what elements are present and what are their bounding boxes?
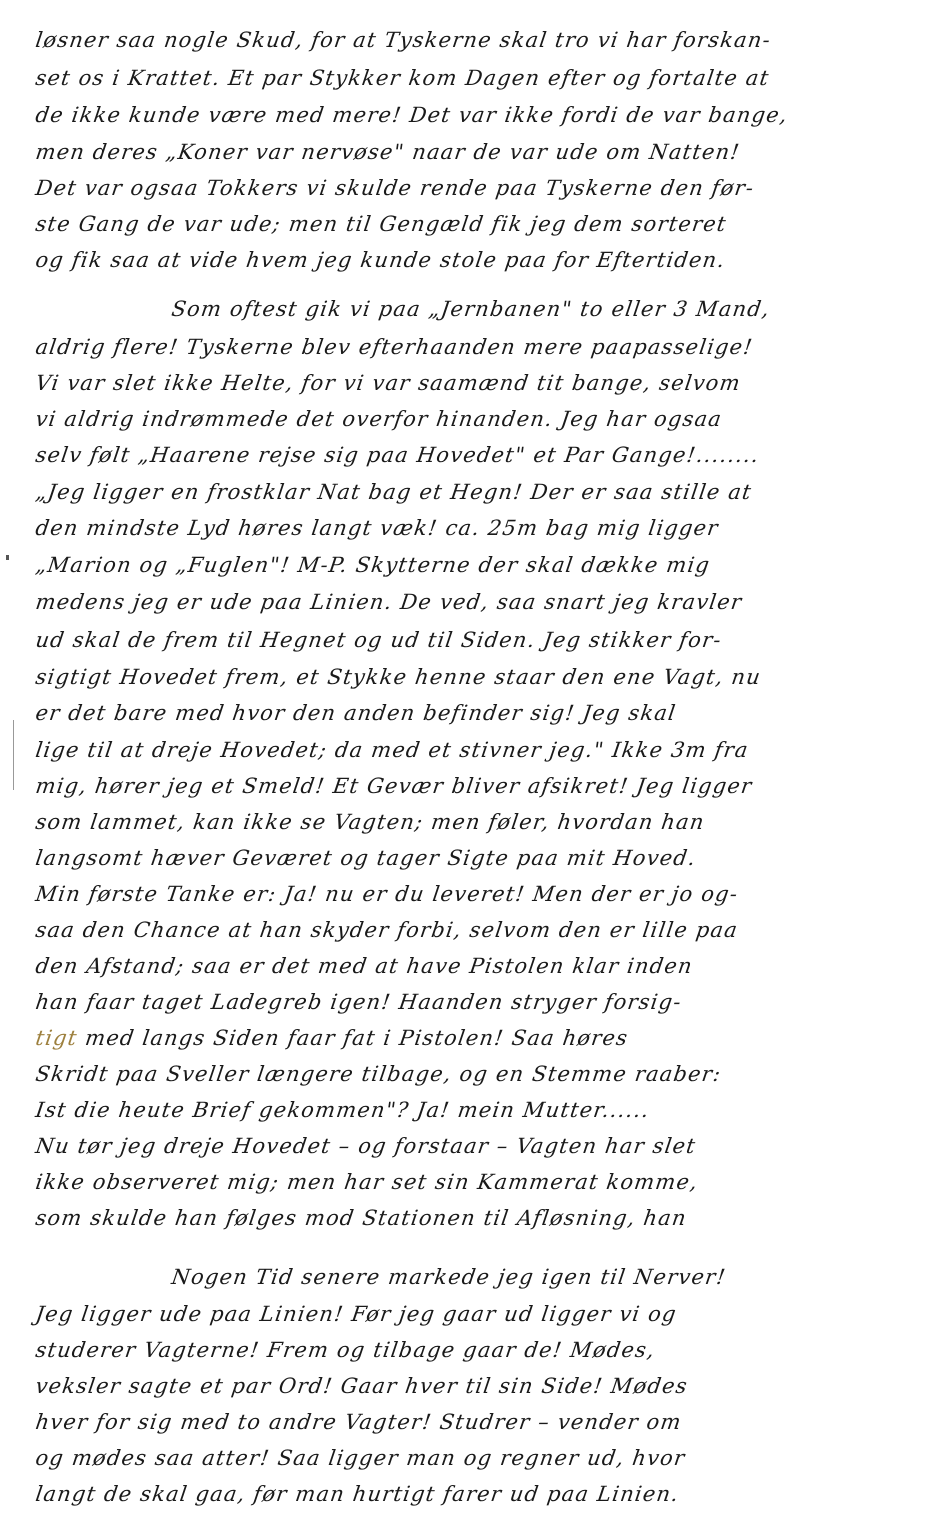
- text-line: „Jeg ligger en frostklar Nat bag et Hegn…: [34, 480, 754, 504]
- text-line: veksler sagte et par Ord! Gaar hver til …: [34, 1374, 690, 1398]
- text-line: som skulde han følges mod Stationen til …: [34, 1206, 689, 1230]
- text-line: studerer Vagterne! Frem og tilbage gaar …: [34, 1338, 657, 1362]
- text-line: er det bare med hvor den anden befinder …: [34, 701, 678, 725]
- text-line: Det var ogsaa Tokkers vi skulde rende pa…: [34, 176, 756, 200]
- faded-text: tigt: [34, 1026, 79, 1050]
- handwritten-page: løsner saa nogle Skud, for at Tyskerne s…: [0, 0, 946, 1523]
- text-line: Vi var slet ikke Helte, for vi var saamæ…: [34, 371, 743, 395]
- text-line: Ist die heute Brief gekommen"? Ja! mein …: [34, 1098, 651, 1122]
- text-line: løsner saa nogle Skud, for at Tyskerne s…: [34, 28, 773, 52]
- margin-dot: [6, 555, 9, 560]
- text-line: og mødes saa atter! Saa ligger man og re…: [34, 1446, 687, 1470]
- text-line: selv følt „Haarene rejse sig paa Hovedet…: [34, 443, 761, 467]
- text-line: men deres „Koner var nervøse" naar de va…: [34, 140, 742, 164]
- text-line: medens jeg er ude paa Linien. De ved, sa…: [34, 590, 744, 614]
- text-line: sigtigt Hovedet frem, et Stykke henne st…: [34, 665, 763, 689]
- text-line: lige til at dreje Hovedet; da med et sti…: [34, 738, 750, 762]
- text-line: mig, hører jeg et Smeld! Et Gevær bliver…: [34, 774, 754, 798]
- text-line: Som oftest gik vi paa „Jernbanen" to ell…: [170, 297, 772, 321]
- text-line: Min første Tanke er: Ja! nu er du levere…: [34, 882, 740, 906]
- text-line: den mindste Lyd høres langt væk! ca. 25m…: [34, 516, 720, 540]
- text-line: ud skal de frem til Hegnet og ud til Sid…: [34, 628, 723, 652]
- text-line: Nu tør jeg dreje Hovedet – og forstaar –…: [34, 1134, 698, 1158]
- text-line: den Afstand; saa er det med at have Pist…: [34, 954, 695, 978]
- text-line: ikke observeret mig; men har set sin Kam…: [34, 1170, 700, 1194]
- text-line: aldrig flere! Tyskerne blev efterhaanden…: [34, 335, 755, 359]
- text-line: set os i Krattet. Et par Stykker kom Dag…: [34, 66, 771, 90]
- text-line: tigt med langs Siden faar fat i Pistolen…: [34, 1026, 630, 1050]
- text-line: og fik saa at vide hvem jeg kunde stole …: [34, 248, 727, 272]
- text-line: Jeg ligger ude paa Linien! Før jeg gaar …: [34, 1302, 678, 1326]
- text-line: vi aldrig indrømmede det overfor hinande…: [34, 407, 724, 431]
- text-line: saa den Chance at han skyder forbi, selv…: [34, 918, 740, 942]
- text-line: han faar taget Ladegreb igen! Haanden st…: [34, 990, 683, 1014]
- text-line: hver for sig med to andre Vagter! Studre…: [34, 1410, 683, 1434]
- text-line: som lammet, kan ikke se Vagten; men føle…: [34, 810, 706, 834]
- text-line: de ikke kunde være med mere! Det var ikk…: [34, 103, 790, 127]
- text-line: Nogen Tid senere markede jeg igen til Ne…: [170, 1265, 728, 1289]
- text-line: langt de skal gaa, før man hurtigt farer…: [34, 1482, 681, 1506]
- text-line: Skridt paa Sveller længere tilbage, og e…: [34, 1062, 723, 1086]
- margin-tick: [13, 720, 14, 790]
- text-line: „Marion og „Fuglen"! M-P. Skytterne der …: [34, 553, 712, 577]
- text-line: ste Gang de var ude; men til Gengæld fik…: [34, 212, 728, 236]
- text-line: langsomt hæver Geværet og tager Sigte pa…: [34, 846, 698, 870]
